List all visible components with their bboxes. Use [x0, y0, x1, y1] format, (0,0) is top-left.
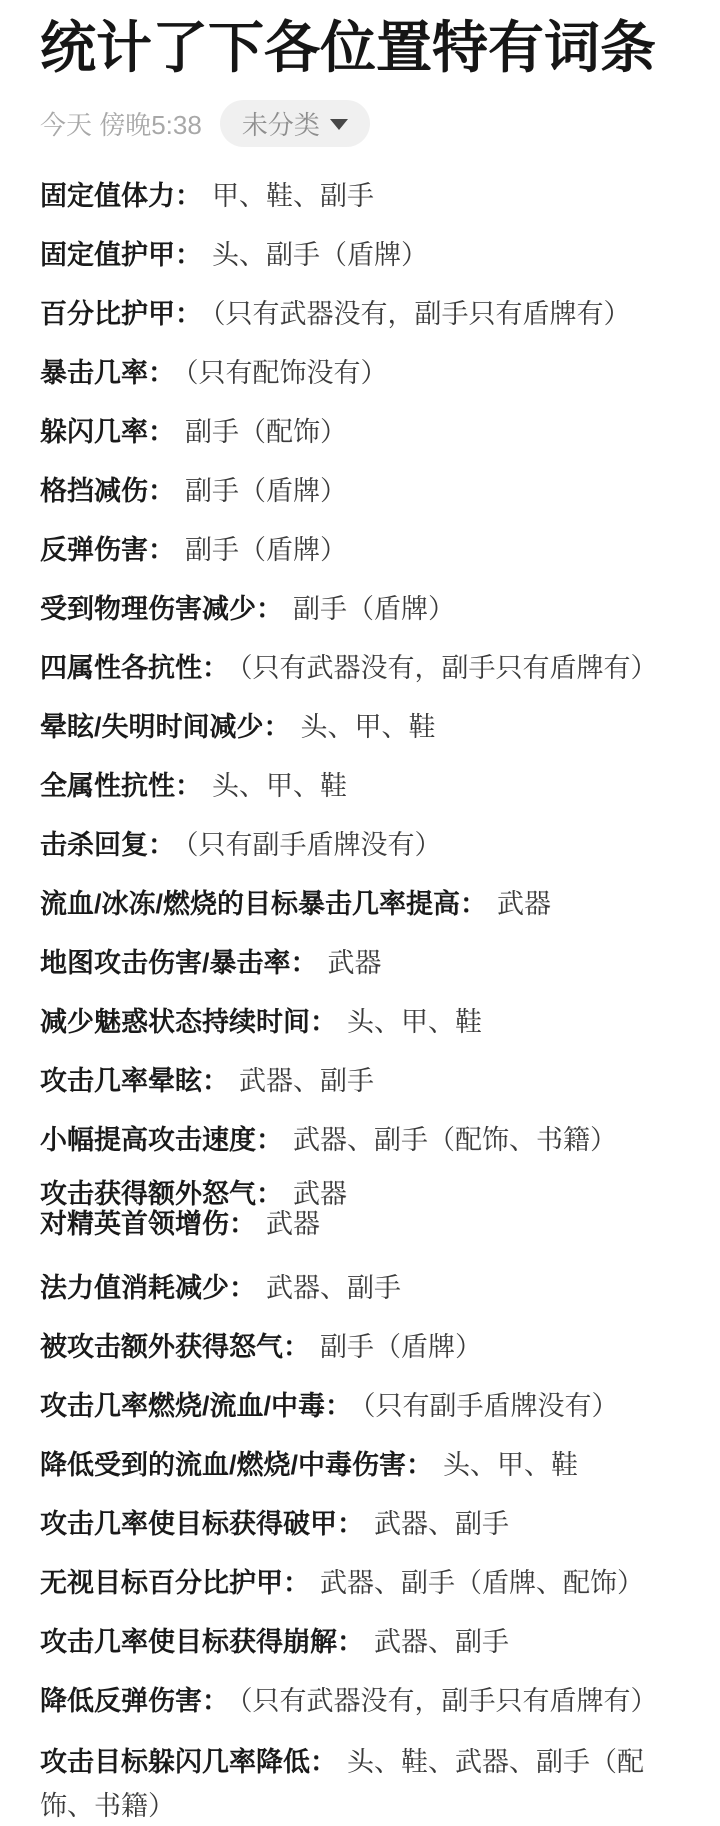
entry-label: 击杀回复：: [40, 830, 175, 860]
entry-row: 格挡减伤：副手（盾牌）: [40, 471, 680, 511]
entry-row: 固定值体力：甲、鞋、副手: [40, 176, 680, 216]
entry-value: 武器: [497, 889, 551, 919]
entry-value: 头、甲、鞋: [301, 712, 436, 742]
entry-row: 暴击几率：（只有配饰没有）: [40, 353, 680, 393]
entry-label: 攻击几率燃烧/流血/中毒：: [40, 1391, 352, 1421]
entry-row: 降低受到的流血/燃烧/中毒伤害：头、甲、鞋: [40, 1445, 680, 1485]
entry-value: 副手（盾牌）: [293, 594, 455, 624]
entry-row: 减少魅惑状态持续时间：头、甲、鞋: [40, 1002, 680, 1042]
entry-row: 击杀回复：（只有副手盾牌没有）: [40, 825, 680, 865]
entry-label: 躲闪几率：: [40, 417, 175, 447]
entry-value: 武器、副手: [239, 1066, 374, 1096]
caret-down-icon: [330, 119, 348, 130]
entry-value: 副手（盾牌）: [185, 535, 347, 565]
entry-value: 武器: [266, 1209, 320, 1239]
entry-row: 攻击几率燃烧/流血/中毒：（只有副手盾牌没有）: [40, 1386, 680, 1426]
entry-label: 攻击几率使目标获得崩解：: [40, 1627, 364, 1657]
entry-row: 攻击几率使目标获得破甲：武器、副手: [40, 1504, 680, 1544]
entry-value: 武器、副手（盾牌、配饰）: [320, 1568, 644, 1598]
entry-label: 对精英首领增伤：: [40, 1209, 256, 1239]
entry-label: 固定值护甲：: [40, 240, 202, 270]
entry-value: 武器: [293, 1179, 347, 1209]
entry-row: 全属性抗性：头、甲、鞋: [40, 766, 680, 806]
entry-row: 法力值消耗减少：武器、副手: [40, 1268, 680, 1308]
entry-row: 被攻击额外获得怒气：副手（盾牌）: [40, 1327, 680, 1367]
entry-row: 固定值护甲：头、副手（盾牌）: [40, 235, 680, 275]
entry-value: （只有副手盾牌没有）: [362, 1391, 619, 1421]
entry-row: 四属性各抗性：（只有武器没有，副手只有盾牌有）: [40, 648, 680, 688]
entry-value: 副手（盾牌）: [320, 1332, 482, 1362]
entry-label: 格挡减伤：: [40, 476, 175, 506]
note-page: 统计了下各位置特有词条 今天 傍晚5:38 未分类 固定值体力：甲、鞋、副手 固…: [0, 0, 720, 1826]
entry-row: 对精英首领增伤：武器: [40, 1209, 680, 1239]
entry-row: 流血/冰冻/燃烧的目标暴击几率提高：武器: [40, 884, 680, 924]
entry-label: 攻击目标躲闪几率降低：: [40, 1747, 337, 1777]
entry-label: 固定值体力：: [40, 181, 202, 211]
entry-value: 头、副手（盾牌）: [212, 240, 428, 270]
entry-list: 固定值体力：甲、鞋、副手 固定值护甲：头、副手（盾牌） 百分比护甲：（只有武器没…: [40, 176, 680, 1826]
entry-row: 攻击几率晕眩：武器、副手: [40, 1061, 680, 1101]
entry-row: 反弹伤害：副手（盾牌）: [40, 530, 680, 570]
entry-label: 流血/冰冻/燃烧的目标暴击几率提高：: [40, 889, 487, 919]
entry-row: 小幅提高攻击速度：武器、副手（配饰、书籍）: [40, 1120, 680, 1160]
entry-value: 头、甲、鞋: [347, 1007, 482, 1037]
note-timestamp: 今天 傍晚5:38: [40, 105, 202, 142]
entry-label: 反弹伤害：: [40, 535, 175, 565]
entry-value: 头、甲、鞋: [212, 771, 347, 801]
entry-value: 武器: [328, 948, 382, 978]
entry-label: 百分比护甲：: [40, 299, 202, 329]
entry-label: 四属性各抗性：: [40, 653, 229, 683]
category-selector[interactable]: 未分类: [220, 100, 370, 147]
entry-row: 躲闪几率：副手（配饰）: [40, 412, 680, 452]
entry-row: 无视目标百分比护甲：武器、副手（盾牌、配饰）: [40, 1563, 680, 1603]
entry-value: （只有武器没有，副手只有盾牌有）: [239, 1686, 658, 1716]
entry-row: 降低反弹伤害：（只有武器没有，副手只有盾牌有）: [40, 1681, 680, 1721]
entry-value: 武器、副手（配饰、书籍）: [293, 1125, 617, 1155]
entry-row: 受到物理伤害减少：副手（盾牌）: [40, 589, 680, 629]
entry-value: 武器、副手: [374, 1509, 509, 1539]
entry-value: 副手（盾牌）: [185, 476, 347, 506]
entry-row: 晕眩/失明时间减少：头、甲、鞋: [40, 707, 680, 747]
entry-row: 百分比护甲：（只有武器没有，副手只有盾牌有）: [40, 294, 680, 334]
entry-label: 降低受到的流血/燃烧/中毒伤害：: [40, 1450, 433, 1480]
note-title: 统计了下各位置特有词条: [40, 0, 680, 84]
entry-value: 武器、副手: [374, 1627, 509, 1657]
entry-label: 降低反弹伤害：: [40, 1686, 229, 1716]
category-label: 未分类: [242, 105, 320, 142]
entry-label: 受到物理伤害减少：: [40, 594, 283, 624]
entry-value: 副手（配饰）: [185, 417, 347, 447]
entry-row: 攻击几率使目标获得崩解：武器、副手: [40, 1622, 680, 1662]
entry-label: 暴击几率：: [40, 358, 175, 388]
entry-label: 小幅提高攻击速度：: [40, 1125, 283, 1155]
entry-label: 减少魅惑状态持续时间：: [40, 1007, 337, 1037]
entry-row: 地图攻击伤害/暴击率：武器: [40, 943, 680, 983]
entry-label: 全属性抗性：: [40, 771, 202, 801]
entry-value: （只有武器没有，副手只有盾牌有）: [212, 299, 631, 329]
note-meta: 今天 傍晚5:38 未分类: [40, 100, 680, 147]
entry-label: 法力值消耗减少：: [40, 1273, 256, 1303]
entry-value: （只有武器没有，副手只有盾牌有）: [239, 653, 658, 683]
entry-value: 甲、鞋、副手: [212, 181, 374, 211]
entry-label: 攻击获得额外怒气：: [40, 1179, 283, 1209]
entry-label: 地图攻击伤害/暴击率：: [40, 948, 318, 978]
entry-row: 攻击获得额外怒气：武器: [40, 1179, 680, 1209]
entry-value: （只有配饰没有）: [185, 358, 388, 388]
entry-label: 晕眩/失明时间减少：: [40, 712, 291, 742]
entry-value: 头、甲、鞋: [443, 1450, 578, 1480]
entry-value: 武器、副手: [266, 1273, 401, 1303]
entry-label: 攻击几率晕眩：: [40, 1066, 229, 1096]
entry-label: 无视目标百分比护甲：: [40, 1568, 310, 1598]
entry-value: （只有副手盾牌没有）: [185, 830, 442, 860]
entry-row: 攻击目标躲闪几率降低：头、鞋、武器、副手（配饰、书籍）: [40, 1740, 680, 1826]
entry-label: 被攻击额外获得怒气：: [40, 1332, 310, 1362]
entry-label: 攻击几率使目标获得破甲：: [40, 1509, 364, 1539]
